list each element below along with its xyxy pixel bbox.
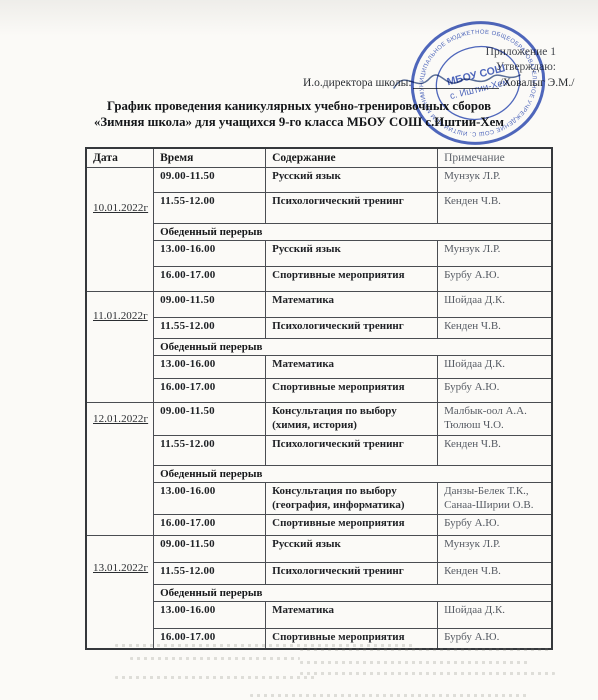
column-header-time: Время: [154, 148, 266, 168]
note-cell: Бурбу А.Ю.: [438, 515, 552, 536]
content-cell: Спортивные мероприятия: [266, 379, 438, 403]
scan-noise: [250, 694, 530, 697]
time-cell: 09.00-11.50: [154, 536, 266, 563]
note-cell: Мунзук Л.Р.: [438, 241, 552, 267]
director-signature-line: И.о.директора школы: /Ховалыг Э.М./: [303, 76, 574, 89]
lunch-break-label: Обеденный перерыв: [154, 585, 552, 602]
lunch-break-row: Обеденный перерыв: [86, 465, 552, 482]
lunch-break-row: Обеденный перерыв: [86, 339, 552, 356]
table-row: 11.55-12.00 Психологический тренинг Кенд…: [86, 193, 552, 224]
table-row: 11.55-12.00 Психологический тренинг Кенд…: [86, 435, 552, 465]
director-label: И.о.директора школы:: [303, 77, 412, 89]
note-cell: Бурбу А.Ю.: [438, 267, 552, 292]
note-cell: Кенден Ч.В.: [438, 193, 552, 224]
note-cell: Кенден Ч.В.: [438, 435, 552, 465]
director-name: /Ховалыг Э.М./: [500, 77, 575, 89]
note-cell: Шойдаа Д.К.: [438, 356, 552, 379]
content-cell: Консультация по выбору (география, инфор…: [266, 482, 438, 515]
table-row: 11.55-12.00 Психологический тренинг Кенд…: [86, 318, 552, 339]
time-cell: 16.00-17.00: [154, 629, 266, 649]
content-cell: Психологический тренинг: [266, 563, 438, 585]
appendix-label: Приложение 1: [486, 46, 556, 58]
time-cell: 09.00-11.50: [154, 403, 266, 436]
lunch-break-label: Обеденный перерыв: [154, 224, 552, 241]
scan-noise: [300, 672, 555, 675]
schedule-group-day1: 10.01.2022г 09.00-11.50 Русский язык Мун…: [86, 168, 552, 292]
table-row: 13.00-16.00 Русский язык Мунзук Л.Р.: [86, 241, 552, 267]
column-header-date: Дата: [86, 148, 154, 168]
note-cell: Кенден Ч.В.: [438, 318, 552, 339]
schedule-date-cell: 10.01.2022г: [86, 168, 154, 292]
time-cell: 16.00-17.00: [154, 267, 266, 292]
note-cell: Шойдаа Д.К.: [438, 292, 552, 318]
document-title-line2: «Зимняя школа» для учащихся 9-го класса …: [0, 115, 598, 131]
content-cell: Русский язык: [266, 241, 438, 267]
table-header-row: Дата Время Содержание Примечание: [86, 148, 552, 168]
time-cell: 16.00-17.00: [154, 515, 266, 536]
scan-noise: [115, 676, 315, 679]
content-cell: Психологический тренинг: [266, 318, 438, 339]
note-cell: Данзы-Белек Т.К., Санаа-Ширии О.В.: [438, 482, 552, 515]
schedule-date-cell: 13.01.2022г: [86, 536, 154, 649]
content-cell: Психологический тренинг: [266, 193, 438, 224]
content-cell: Математика: [266, 602, 438, 629]
scanned-document-page: Приложение 1 Утверждаю: И.о.директора шк…: [0, 0, 598, 700]
schedule-group-day3: 12.01.2022г 09.00-11.50 Консультация по …: [86, 403, 552, 536]
time-cell: 11.55-12.00: [154, 435, 266, 465]
content-cell: Русский язык: [266, 168, 438, 193]
table-row: 13.00-16.00 Консультация по выбору (геог…: [86, 482, 552, 515]
content-cell: Психологический тренинг: [266, 435, 438, 465]
table-row: 16.00-17.00 Спортивные мероприятия Бурбу…: [86, 629, 552, 649]
document-title: График проведения каникулярных учебно-тр…: [0, 99, 598, 130]
table-row: 16.00-17.00 Спортивные мероприятия Бурбу…: [86, 515, 552, 536]
time-cell: 11.55-12.00: [154, 563, 266, 585]
time-cell: 13.00-16.00: [154, 482, 266, 515]
time-cell: 11.55-12.00: [154, 318, 266, 339]
content-cell: Спортивные мероприятия: [266, 629, 438, 649]
table-row: 16.00-17.00 Спортивные мероприятия Бурбу…: [86, 379, 552, 403]
note-cell: Бурбу А.Ю.: [438, 379, 552, 403]
note-cell: Мунзук Л.Р.: [438, 168, 552, 193]
lunch-break-label: Обеденный перерыв: [154, 339, 552, 356]
column-header-note: Примечание: [438, 148, 552, 168]
note-cell: Шойдаа Д.К.: [438, 602, 552, 629]
content-cell: Спортивные мероприятия: [266, 267, 438, 292]
table-row: 11.55-12.00 Психологический тренинг Кенд…: [86, 563, 552, 585]
scan-top-shade: [0, 0, 598, 36]
table-row: 10.01.2022г 09.00-11.50 Русский язык Мун…: [86, 168, 552, 193]
table-row: 13.00-16.00 Математика Шойдаа Д.К.: [86, 602, 552, 629]
lunch-break-row: Обеденный перерыв: [86, 585, 552, 602]
table-row: 13.01.2022г 09.00-11.50 Русский язык Мун…: [86, 536, 552, 563]
content-cell: Русский язык: [266, 536, 438, 563]
content-cell: Консультация по выбору (химия, история): [266, 403, 438, 436]
lunch-break-label: Обеденный перерыв: [154, 465, 552, 482]
time-cell: 13.00-16.00: [154, 241, 266, 267]
schedule-date-cell: 12.01.2022г: [86, 403, 154, 536]
time-cell: 11.55-12.00: [154, 193, 266, 224]
note-cell: Мунзук Л.Р.: [438, 536, 552, 563]
schedule-table: Дата Время Содержание Примечание 10.01.2…: [85, 147, 553, 650]
scan-noise: [300, 661, 530, 664]
time-cell: 09.00-11.50: [154, 292, 266, 318]
schedule-group-day2: 11.01.2022г 09.00-11.50 Математика Шойда…: [86, 292, 552, 403]
note-cell: Кенден Ч.В.: [438, 563, 552, 585]
signature-underline: [413, 76, 499, 89]
content-cell: Математика: [266, 356, 438, 379]
table-row: 12.01.2022г 09.00-11.50 Консультация по …: [86, 403, 552, 436]
column-header-content: Содержание: [266, 148, 438, 168]
time-cell: 13.00-16.00: [154, 602, 266, 629]
note-cell: Бурбу А.Ю.: [438, 629, 552, 649]
time-cell: 09.00-11.50: [154, 168, 266, 193]
content-cell: Математика: [266, 292, 438, 318]
note-cell: Малбык-оол А.А. Тюлюш Ч.О.: [438, 403, 552, 436]
document-title-line1: График проведения каникулярных учебно-тр…: [0, 99, 598, 115]
content-cell: Спортивные мероприятия: [266, 515, 438, 536]
table-row: 11.01.2022г 09.00-11.50 Математика Шойда…: [86, 292, 552, 318]
table-row: 16.00-17.00 Спортивные мероприятия Бурбу…: [86, 267, 552, 292]
schedule-date-cell: 11.01.2022г: [86, 292, 154, 403]
time-cell: 16.00-17.00: [154, 379, 266, 403]
time-cell: 13.00-16.00: [154, 356, 266, 379]
lunch-break-row: Обеденный перерыв: [86, 224, 552, 241]
table-row: 13.00-16.00 Математика Шойдаа Д.К.: [86, 356, 552, 379]
scan-noise: [130, 657, 300, 660]
approval-label: Утверждаю:: [496, 61, 556, 73]
schedule-group-day4: 13.01.2022г 09.00-11.50 Русский язык Мун…: [86, 536, 552, 649]
